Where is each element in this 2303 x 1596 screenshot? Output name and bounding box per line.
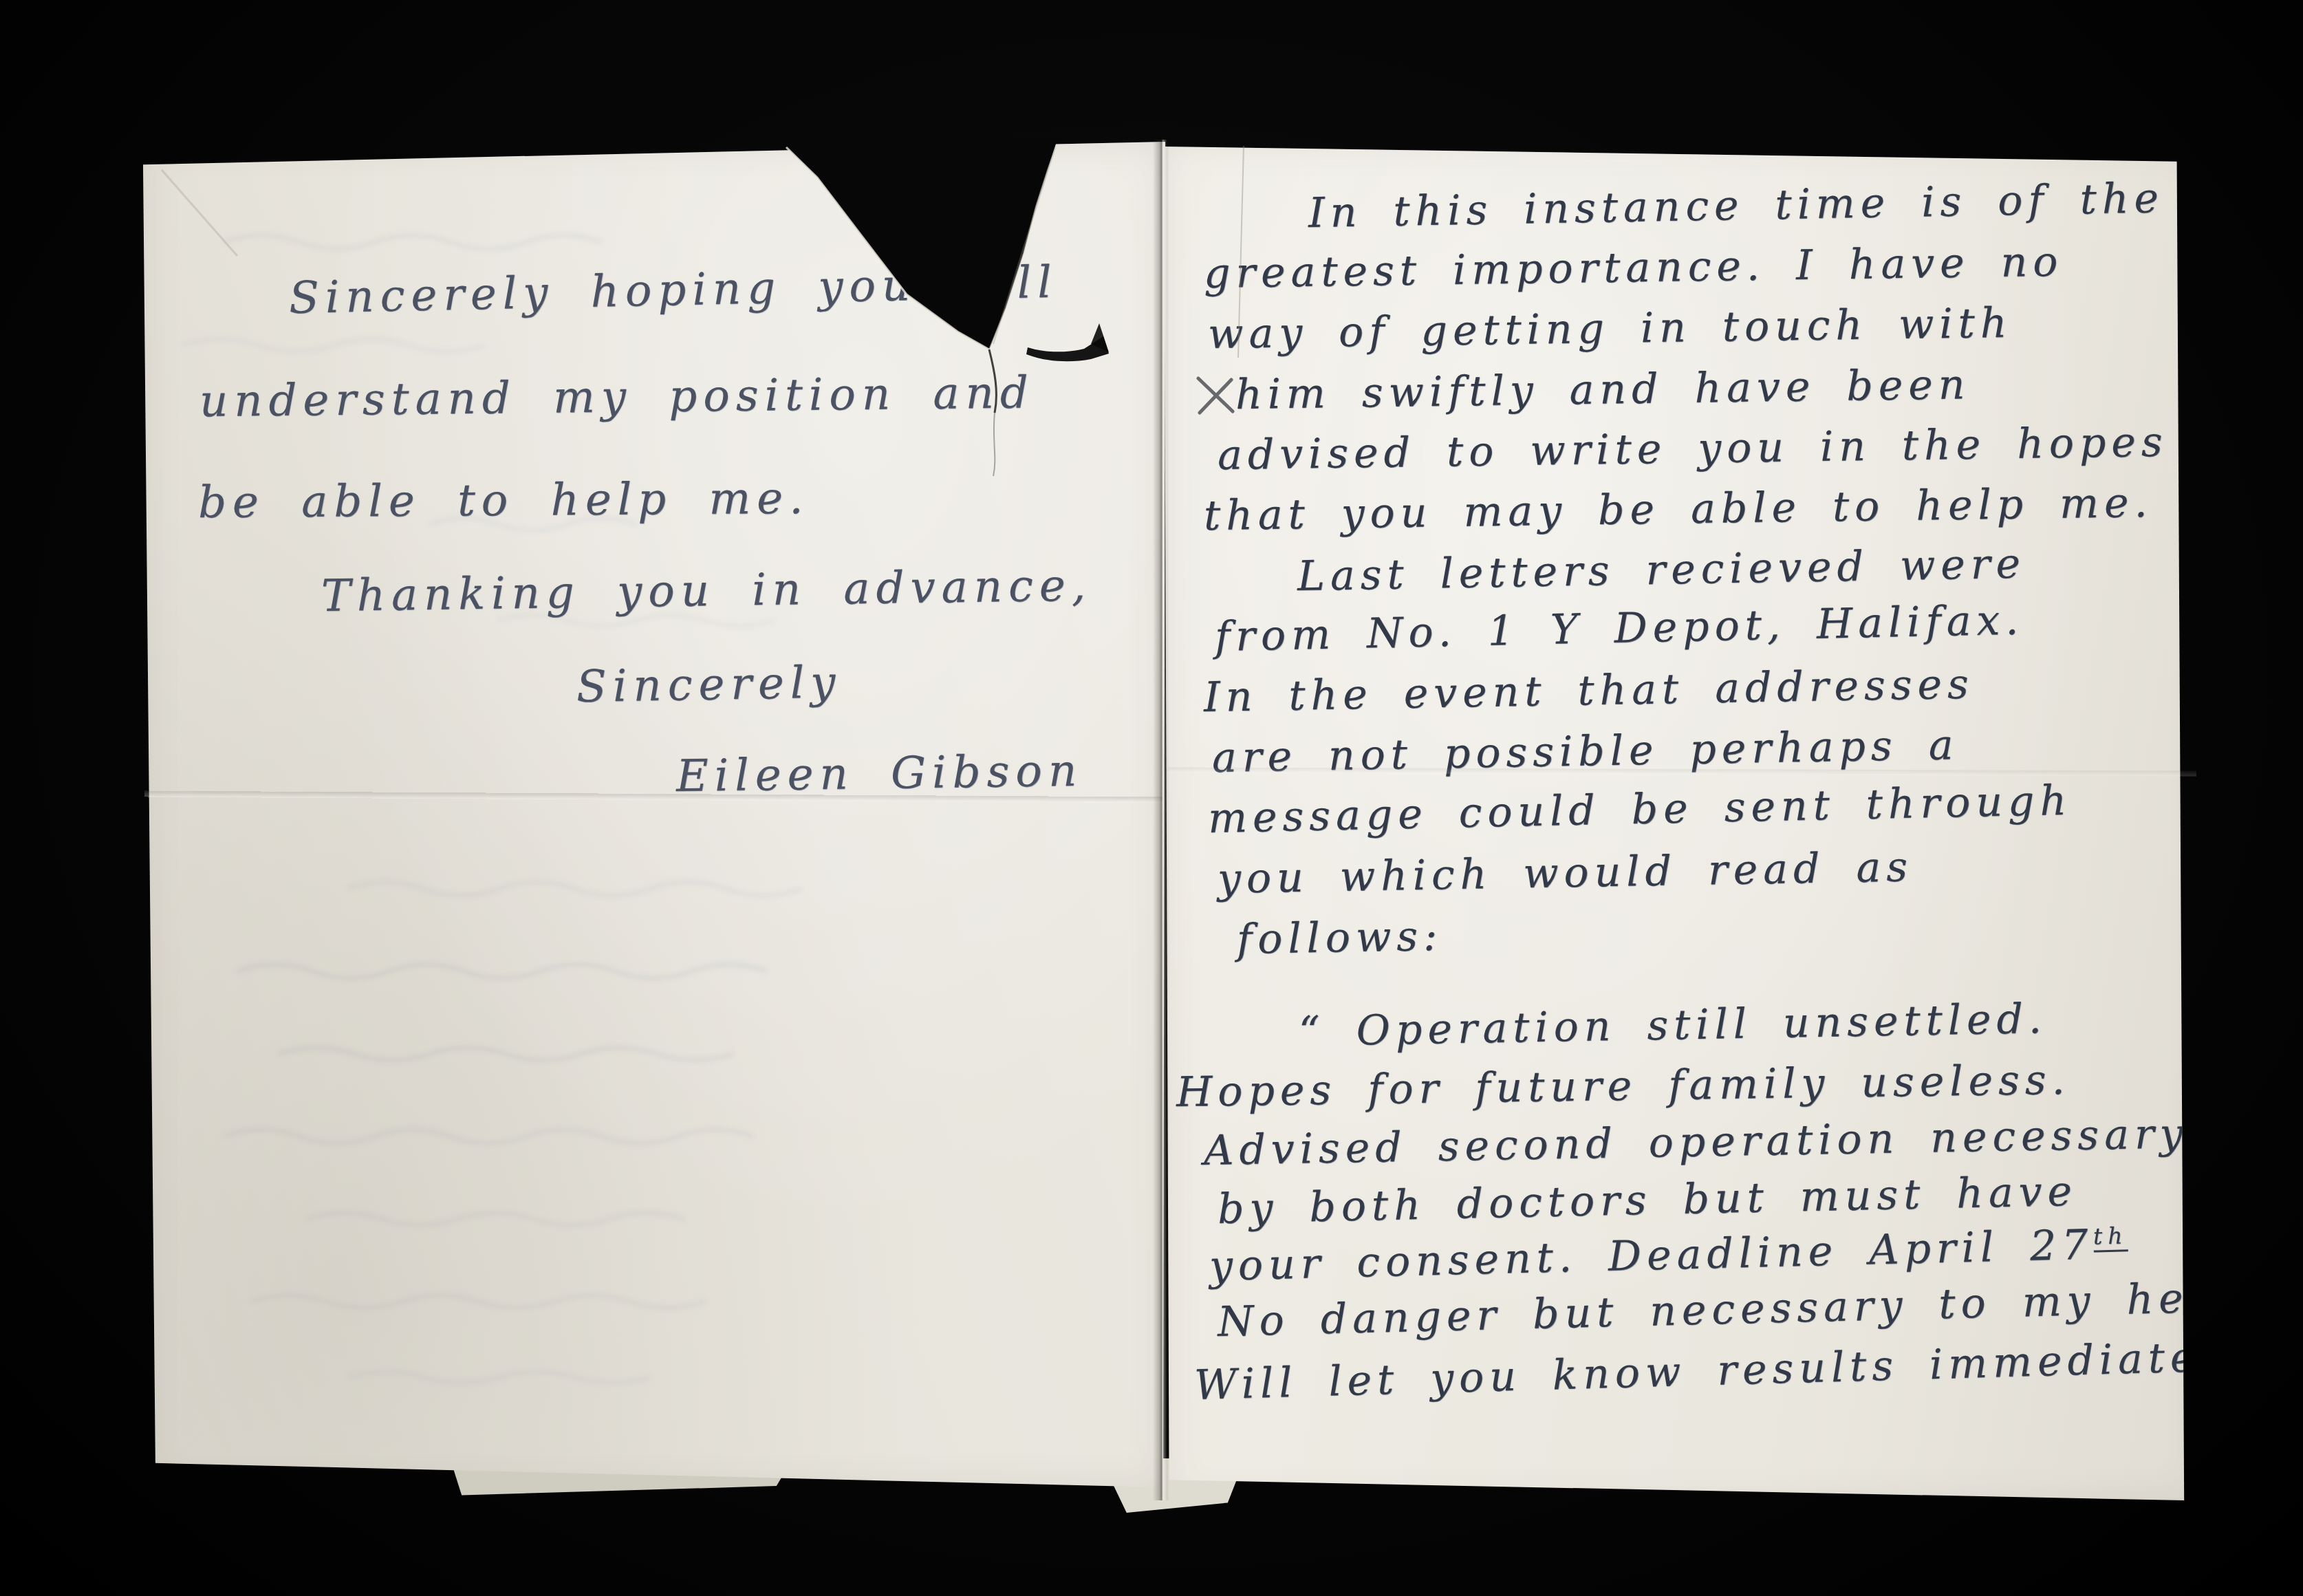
handwritten-line: by both doctors but must have xyxy=(1217,1167,2077,1233)
superscript-th: th xyxy=(2093,1222,2128,1252)
letter-page-left: Sincerely hoping you will understand my … xyxy=(141,139,1167,1491)
handwritten-line: you which would read as xyxy=(1217,843,1913,903)
handwritten-line: be able to help me. xyxy=(198,473,810,528)
handwritten-line: Hopes for future family useless. xyxy=(1176,1056,2071,1117)
handwritten-line: message could be sent through xyxy=(1207,777,2072,843)
handwritten-line: In the event that addresses xyxy=(1203,660,1974,722)
handwritten-line: follows: xyxy=(1236,912,1442,964)
handwritten-line-quote-open: “ Operation still unsettled. xyxy=(1298,995,2047,1056)
handwritten-line: that you may be able to help me. xyxy=(1204,479,2153,540)
handwritten-line: Thanking you in advance, xyxy=(321,560,1092,622)
handwritten-line: are not possible perhaps a xyxy=(1211,721,1959,782)
handwritten-line: Sincerely hoping you will xyxy=(288,257,1058,324)
signature: Eileen Gibson xyxy=(675,746,1083,802)
handwritten-line-signoff: Sincerely xyxy=(576,657,842,713)
handwritten-line: Last letters recieved were xyxy=(1297,540,2026,601)
letter-page-right: In this instance time is of the greatest… xyxy=(1164,140,2206,1505)
corner-crease-line xyxy=(162,170,237,256)
handwritten-line: advised to write you in the hopes xyxy=(1218,418,2169,479)
bleed-through-texture xyxy=(141,139,1167,1491)
handwritten-line: from No. 1 Y Depot, Halifax. xyxy=(1214,596,2024,661)
letter-photo: Sincerely hoping you will understand my … xyxy=(0,0,2303,1596)
handwritten-line: Advised second operation necessary xyxy=(1203,1110,2189,1175)
handwritten-line: him swiftly and have been xyxy=(1235,360,1971,419)
handwritten-line: greatest importance. I have no xyxy=(1204,238,2064,298)
closing-quote-mark: ” xyxy=(2291,1324,2303,1363)
handwritten-line: understand my position and xyxy=(199,367,1035,427)
closing-text: Will let you know results immediately. xyxy=(1193,1332,2261,1410)
handwritten-line: In this instance time is of the xyxy=(1308,174,2164,237)
center-fold-gutter xyxy=(1153,140,1169,1500)
handwritten-line: way of getting in touch with xyxy=(1208,299,2013,358)
